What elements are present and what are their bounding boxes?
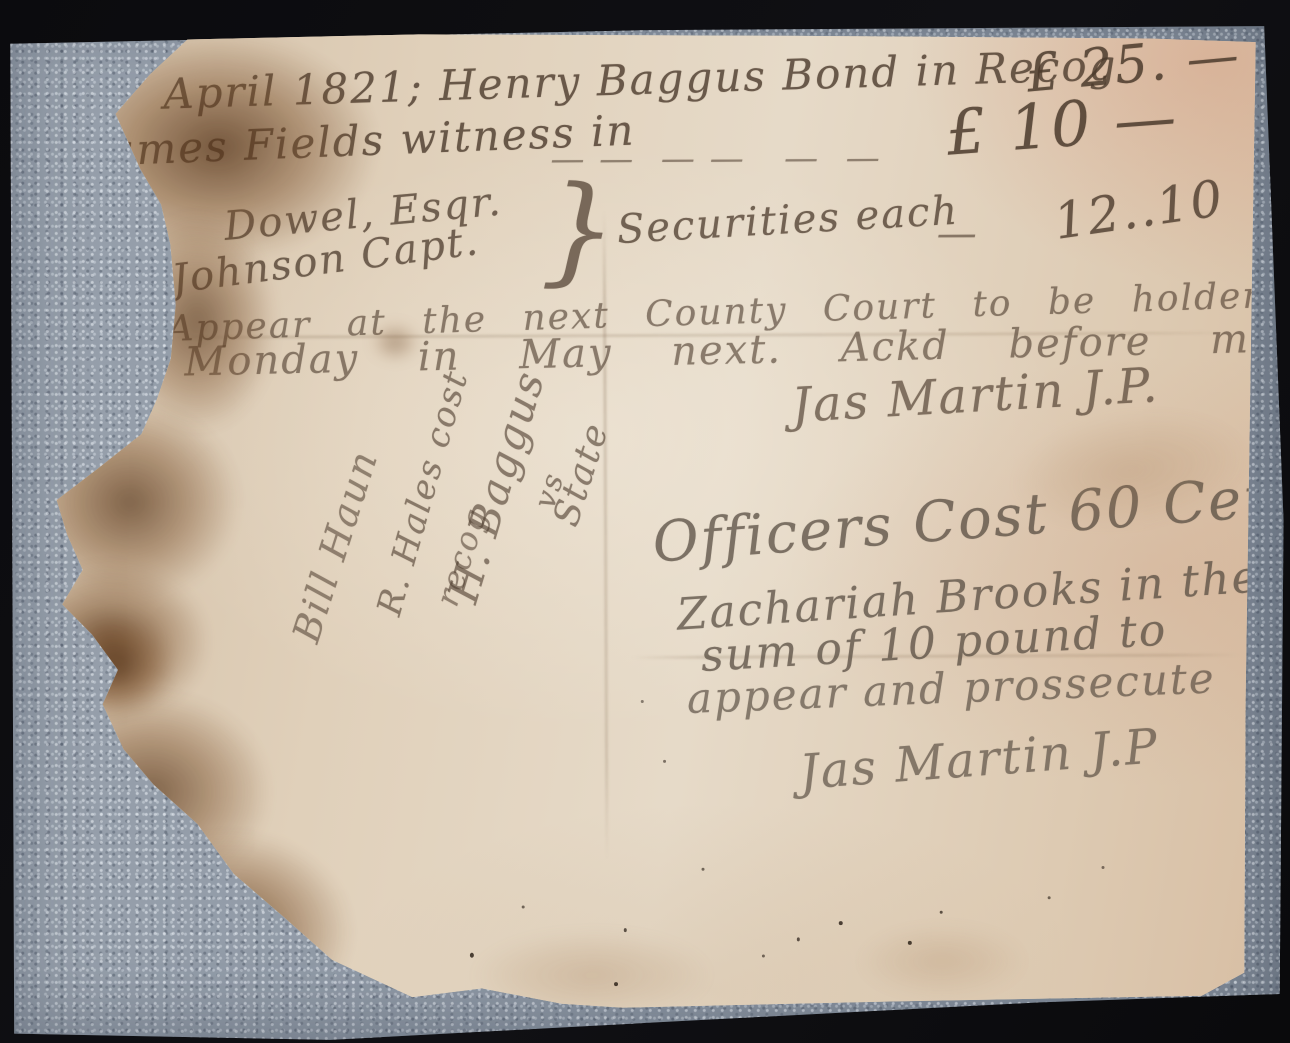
securities-dash: — (937, 213, 979, 255)
ink-speck (797, 937, 800, 941)
ink-speck (522, 906, 525, 909)
ink-smudge-witness-line (371, 323, 419, 361)
ink-speck (624, 928, 627, 932)
brace-glyph: } (540, 167, 621, 293)
signature-jas-martin-2: Jas Martin J.P (798, 721, 1161, 798)
line-witness-amount: £ 10 — (944, 84, 1180, 166)
ink-speck (641, 700, 644, 703)
ink-speck (1048, 896, 1051, 899)
photo-background: April 1821; Henry Baggus Bond in Recog £… (0, 0, 1290, 1043)
ink-speck (663, 760, 666, 763)
ink-speck (702, 868, 705, 871)
ink-speck (762, 954, 765, 957)
securities-amount: 12..10 (1051, 172, 1228, 249)
ink-speck (470, 953, 474, 958)
ink-speck (839, 921, 843, 925)
docket-name-note: Bill Haun (287, 445, 386, 647)
ink-speck (908, 941, 912, 945)
securities-label: Securities each (616, 190, 960, 251)
stain-bottom-right-smudge (857, 923, 1027, 999)
ink-speck (940, 911, 943, 914)
ink-speck (1102, 866, 1105, 869)
ink-speck (614, 982, 618, 986)
